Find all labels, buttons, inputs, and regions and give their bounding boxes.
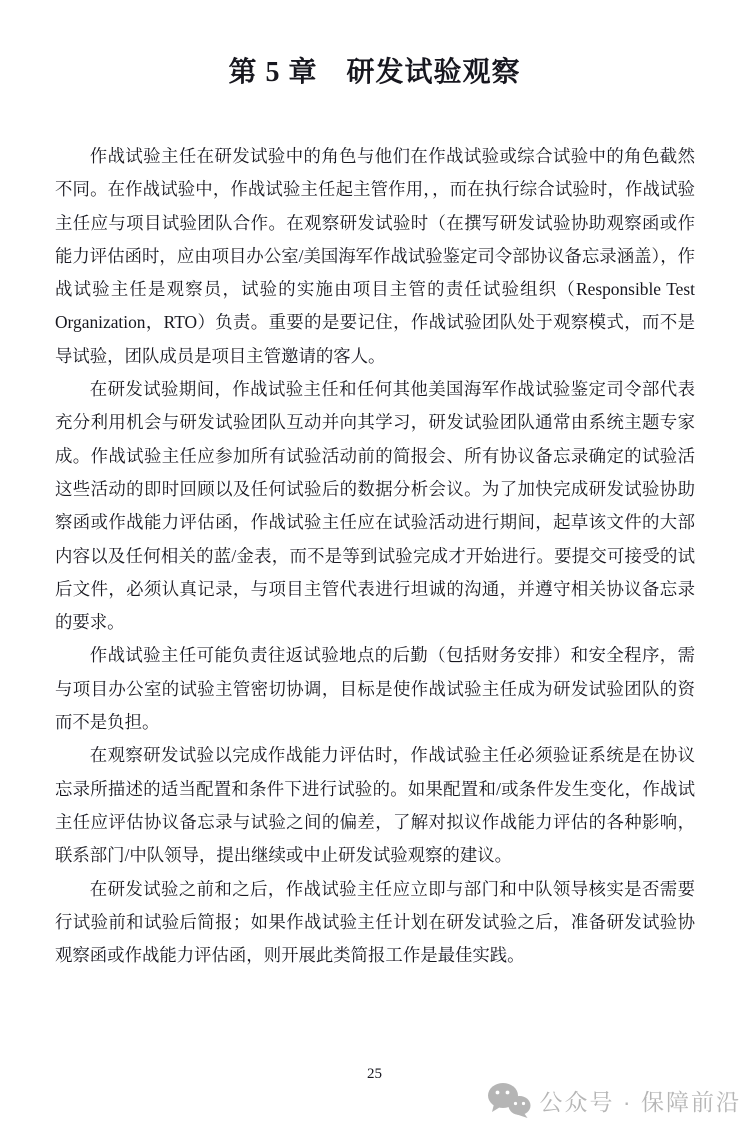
- watermark: 公众号 · 保障前沿: [487, 1082, 741, 1118]
- paragraph-line: 在观察研发试验以完成作战能力评估时，作战试验主任必须验证系统是在协议备: [55, 739, 695, 772]
- chapter-title: 第 5 章 研发试验观察: [0, 50, 749, 90]
- paragraph-line: 后文件，必须认真记录，与项目主管代表进行坦诚的沟通，并遵守相关协议备忘录中: [55, 573, 695, 606]
- paragraph-line: 在研发试验之前和之后，作战试验主任应立即与部门和中队领导核实是否需要进: [55, 873, 695, 906]
- paragraph-line: 行试验前和试验后简报；如果作战试验主任计划在研发试验之后，准备研发试验协助: [55, 906, 695, 939]
- paragraph-line: 与项目办公室的试验主管密切协调，目标是使作战试验主任成为研发试验团队的资产: [55, 673, 695, 706]
- paragraph-line: 察函或作战能力评估函，作战试验主任应在试验活动进行期间，起草该文件的大部分: [55, 506, 695, 539]
- paragraph-line: 观察函或作战能力评估函，则开展此类简报工作是最佳实践。: [55, 939, 695, 972]
- paragraph-line: 主任应与项目试验团队合作。在观察研发试验时（在撰写研发试验协助观察函或作战: [55, 207, 695, 240]
- paragraph-line: 这些活动的即时回顾以及任何试验后的数据分析会议。为了加快完成研发试验协助观: [55, 473, 695, 506]
- paragraph-line: 而不是负担。: [55, 706, 695, 739]
- paragraph-line: 作战试验主任可能负责往返试验地点的后勤（包括财务安排）和安全程序，需要: [55, 639, 695, 672]
- paragraph-line: 联系部门/中队领导，提出继续或中止研发试验观察的建议。: [55, 839, 695, 872]
- wechat-logo-icon: [487, 1082, 531, 1118]
- document-page: 第 5 章 研发试验观察 作战试验主任在研发试验中的角色与他们在作战试验或综合试…: [0, 0, 749, 1130]
- paragraph-line: 忘录所描述的适当配置和条件下进行试验的。如果配置和/或条件发生变化，作战试验: [55, 773, 695, 806]
- paragraph-line: 导试验，团队成员是项目主管邀请的客人。: [55, 340, 695, 373]
- page-number: 25: [0, 1066, 749, 1083]
- paragraph-line: 不同。在作战试验中，作战试验主任起主管作用，，而在执行综合试验时，作战试验: [55, 173, 695, 206]
- paragraph-line: 战试验主任是观察员，试验的实施由项目主管的责任试验组织（Responsible …: [55, 273, 695, 306]
- paragraph-line: 的要求。: [55, 606, 695, 639]
- paragraph-line: Organization，RTO）负责。重要的是要记住，作战试验团队处于观察模式…: [55, 306, 695, 339]
- paragraph-line: 内容以及任何相关的蓝/金表，而不是等到试验完成才开始进行。要提交可接受的试验: [55, 540, 695, 573]
- paragraph-line: 作战试验主任在研发试验中的角色与他们在作战试验或综合试验中的角色截然: [55, 140, 695, 173]
- paragraph-line: 充分利用机会与研发试验团队互动并向其学习，研发试验团队通常由系统主题专家组: [55, 406, 695, 439]
- document-body: 作战试验主任在研发试验中的角色与他们在作战试验或综合试验中的角色截然不同。在作战…: [55, 140, 695, 972]
- paragraph-line: 主任应评估协议备忘录与试验之间的偏差，了解对拟议作战能力评估的各种影响，并: [55, 806, 695, 839]
- paragraph-line: 在研发试验期间，作战试验主任和任何其他美国海军作战试验鉴定司令部代表应: [55, 373, 695, 406]
- paragraph-line: 成。作战试验主任应参加所有试验活动前的简报会、所有协议备忘录确定的试验活动、: [55, 440, 695, 473]
- watermark-text: 公众号 · 保障前沿: [540, 1084, 741, 1117]
- paragraph-line: 能力评估函时，应由项目办公室/美国海军作战试验鉴定司令部协议备忘录涵盖），作: [55, 240, 695, 273]
